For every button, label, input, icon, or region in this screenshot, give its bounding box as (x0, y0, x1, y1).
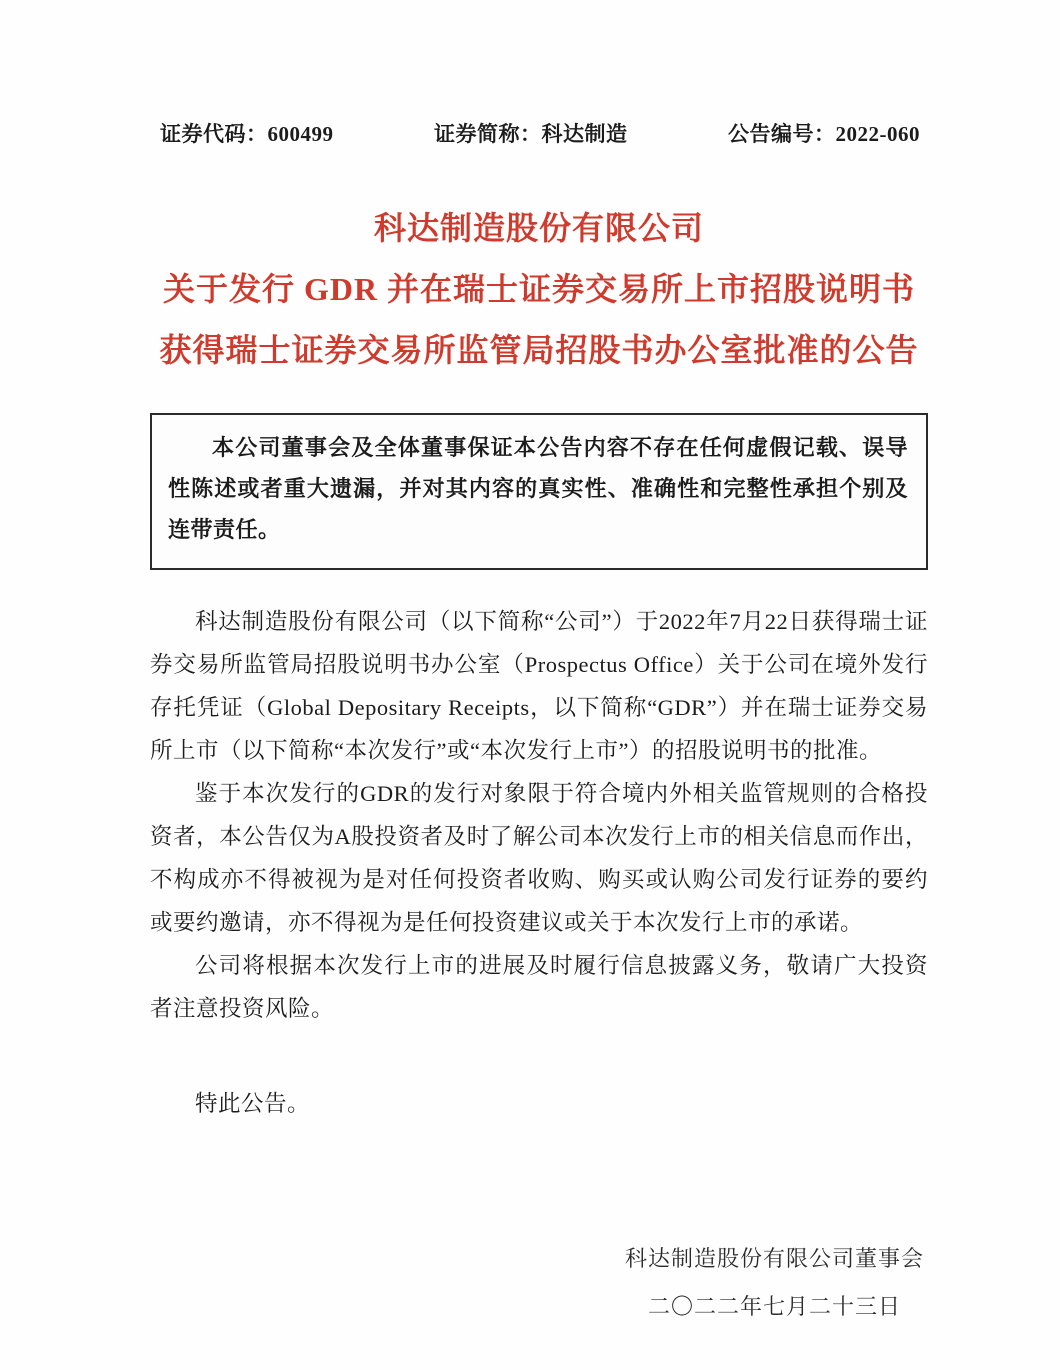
paragraph-prospectus-approval: 科达制造股份有限公司（以下简称“公司”）于2022年7月22日获得瑞士证券交易所… (150, 600, 928, 772)
signature-inner: 科达制造股份有限公司董事会 二〇二二年七月二十三日 (625, 1235, 924, 1331)
board-disclaimer-text: 本公司董事会及全体董事保证本公告内容不存在任何虚假记载、误导性陈述或者重大遗漏，… (168, 427, 908, 550)
signature-issuer: 科达制造股份有限公司董事会 (625, 1235, 924, 1283)
signature-date: 二〇二二年七月二十三日 (625, 1283, 924, 1331)
stock-short-name: 证券简称：科达制造 (434, 118, 628, 148)
document-content: 证券代码：600499 证券简称：科达制造 公告编号：2022-060 科达制造… (150, 0, 928, 1331)
document-header-row: 证券代码：600499 证券简称：科达制造 公告编号：2022-060 (150, 118, 928, 148)
paragraph-qualified-investors: 鉴于本次发行的GDR的发行对象限于符合境内外相关监管规则的合格投资者，本公告仅为… (150, 772, 928, 944)
board-disclaimer-box: 本公司董事会及全体董事保证本公告内容不存在任何虚假记载、误导性陈述或者重大遗漏，… (150, 413, 928, 570)
announcement-title: 科达制造股份有限公司 关于发行 GDR 并在瑞士证券交易所上市招股说明书 获得瑞… (150, 198, 928, 381)
signature-block: 科达制造股份有限公司董事会 二〇二二年七月二十三日 (150, 1235, 928, 1331)
closing-statement: 特此公告。 (150, 1082, 928, 1125)
stock-code: 证券代码：600499 (160, 118, 334, 148)
announcement-number: 公告编号：2022-060 (728, 118, 920, 148)
title-subject-line-1: 关于发行 GDR 并在瑞士证券交易所上市招股说明书 (150, 259, 928, 320)
announcement-body: 科达制造股份有限公司（以下简称“公司”）于2022年7月22日获得瑞士证券交易所… (150, 600, 928, 1125)
paragraph-disclosure-obligation: 公司将根据本次发行上市的进展及时履行信息披露义务，敬请广大投资者注意投资风险。 (150, 944, 928, 1030)
announcement-page: 证券代码：600499 证券简称：科达制造 公告编号：2022-060 科达制造… (0, 0, 1060, 1370)
title-company-name: 科达制造股份有限公司 (150, 198, 928, 259)
title-subject-line-2: 获得瑞士证券交易所监管局招股书办公室批准的公告 (150, 320, 928, 381)
